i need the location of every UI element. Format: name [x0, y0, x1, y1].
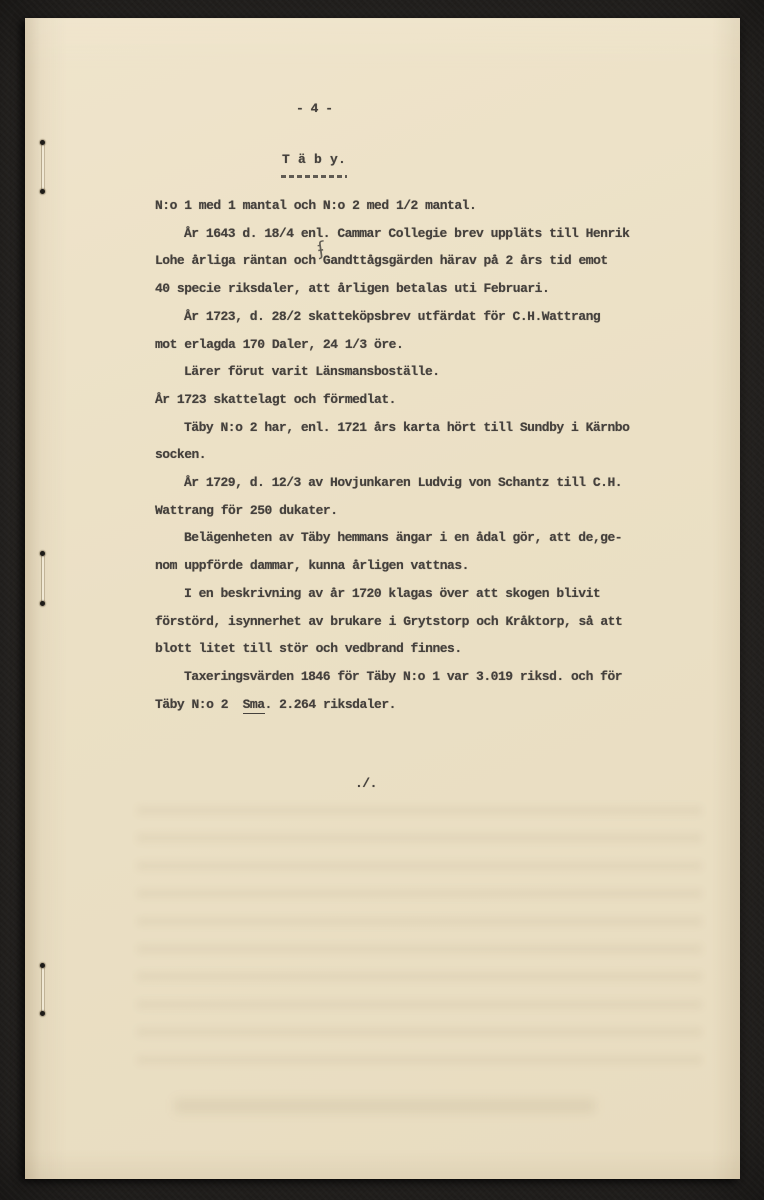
page-number: - 4 -: [296, 102, 333, 115]
scanned-document-page: - 4 - T ä b y. ʄ N:o 1 med 1 mantal och …: [25, 18, 740, 1179]
text-segment: I en beskrivning av år 1720 klagas över …: [184, 586, 600, 601]
text-segment: blott litet till stör och vedbrand finne…: [155, 641, 462, 656]
text-segment: förstörd, isynnerhet av brukare i Grytst…: [155, 614, 622, 629]
title-underline: [281, 175, 347, 178]
underlined-word: Sma: [243, 697, 265, 714]
text-segment: År 1723, d. 28/2 skatteköpsbrev utfärdat…: [184, 309, 600, 324]
text-segment: Lärer förut varit Länsmansboställe.: [184, 364, 440, 379]
text-segment: socken.: [155, 447, 206, 462]
text-line: N:o 1 med 1 mantal och N:o 2 med 1/2 man…: [155, 192, 655, 220]
text-line: mot erlagda 170 Daler, 24 1/3 öre.: [155, 331, 655, 359]
text-segment: Belägenheten av Täby hemmans ängar i en …: [184, 530, 622, 545]
text-segment: . 2.264 riksdaler.: [265, 697, 396, 712]
text-line: nom uppförde dammar, kunna årligen vattn…: [155, 552, 655, 580]
staple-icon: [41, 142, 45, 192]
text-line: Taxeringsvärden 1846 för Täby N:o 1 var …: [155, 663, 655, 691]
end-of-page-mark: ./.: [355, 777, 377, 790]
text-segment: Taxeringsvärden 1846 för Täby N:o 1 var …: [184, 669, 622, 684]
text-line: Täby N:o 2 har, enl. 1721 års karta hört…: [155, 414, 655, 442]
text-line: År 1723, d. 28/2 skatteköpsbrev utfärdat…: [155, 303, 655, 331]
text-segment: Täby N:o 2: [155, 697, 243, 712]
text-line: förstörd, isynnerhet av brukare i Grytst…: [155, 608, 655, 636]
text-line: År 1723 skattelagt och förmedlat.: [155, 386, 655, 414]
staple-icon: [41, 553, 45, 604]
text-segment: N:o 1 med 1 mantal och N:o 2 med 1/2 man…: [155, 198, 476, 213]
text-segment: Wattrang för 250 dukater.: [155, 503, 338, 518]
text-line: socken.: [155, 441, 655, 469]
text-segment: År 1729, d. 12/3 av Hovjunkaren Ludvig v…: [184, 475, 622, 490]
text-line: År 1729, d. 12/3 av Hovjunkaren Ludvig v…: [155, 469, 655, 497]
text-line: År 1643 d. 18/4 enl. Cammar Collegie bre…: [155, 220, 655, 248]
text-line: Täby N:o 2 Sma. 2.264 riksdaler.: [155, 691, 655, 719]
text-segment: År 1643 d. 18/4 enl. Cammar Collegie bre…: [184, 226, 629, 241]
page-title: T ä b y.: [282, 153, 346, 166]
staple-icon: [41, 965, 45, 1014]
text-line: 40 specie riksdaler, att årligen betalas…: [155, 275, 655, 303]
text-segment: Täby N:o 2 har, enl. 1721 års karta hört…: [184, 420, 629, 435]
text-segment: 40 specie riksdaler, att årligen betalas…: [155, 281, 549, 296]
ink-bleed-through: [175, 1099, 595, 1113]
text-line: Lohe årliga räntan och Gandttågsgärden h…: [155, 247, 655, 275]
ink-bleed-through: [137, 806, 702, 1068]
text-segment: År 1723 skattelagt och förmedlat.: [155, 392, 396, 407]
text-line: Wattrang för 250 dukater.: [155, 497, 655, 525]
text-line: Lärer förut varit Länsmansboställe.: [155, 358, 655, 386]
text-line: blott litet till stör och vedbrand finne…: [155, 635, 655, 663]
text-line: Belägenheten av Täby hemmans ängar i en …: [155, 524, 655, 552]
text-segment: mot erlagda 170 Daler, 24 1/3 öre.: [155, 337, 403, 352]
text-segment: nom uppförde dammar, kunna årligen vattn…: [155, 558, 469, 573]
text-segment: Lohe årliga räntan och Gandttågsgärden h…: [155, 253, 608, 268]
document-lines: N:o 1 med 1 mantal och N:o 2 med 1/2 man…: [155, 192, 655, 718]
text-line: I en beskrivning av år 1720 klagas över …: [155, 580, 655, 608]
